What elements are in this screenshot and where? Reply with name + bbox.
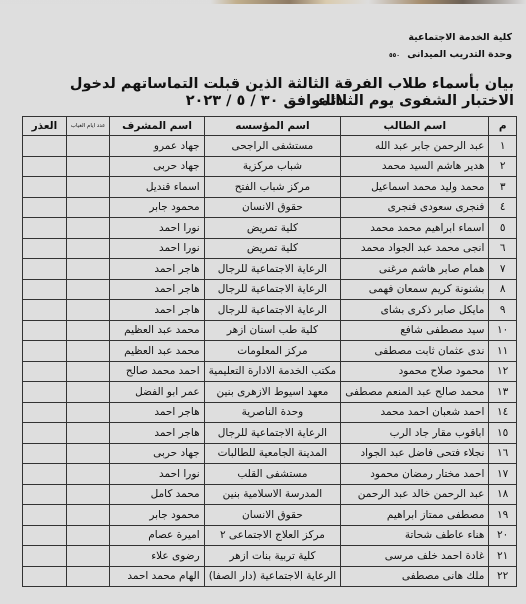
row-num: ١٦ xyxy=(489,443,517,464)
student-name: اباقوب مقار جاد الرب xyxy=(341,423,489,444)
table-row: ١٩مصطفى ممتاز ابراهيمحقوق الانسانمحمود ج… xyxy=(23,505,517,526)
student-name: مصطفى ممتاز ابراهيم xyxy=(341,505,489,526)
absence-days-cell xyxy=(66,361,110,382)
student-name: محمود صلاح محمود xyxy=(341,361,489,382)
absence-days-cell xyxy=(66,218,110,239)
excuse-cell xyxy=(23,238,67,259)
excuse-cell xyxy=(23,279,67,300)
table-row: ١٠سيد مصطفى شافعكلية طب اسنان ازهرمحمد ع… xyxy=(23,320,517,341)
institution-name: الرعاية الاجتماعية للرجال xyxy=(204,423,341,444)
supervisor-name: اميرة عصام xyxy=(110,525,204,546)
table-row: ١٦نجلاء فتحى فاضل عبد الجوادالمدينة الجا… xyxy=(23,443,517,464)
table-row: ١٧احمد مختار رمضان محمودمستشفى القلبنورا… xyxy=(23,464,517,485)
absence-days-cell xyxy=(66,402,110,423)
row-num: ٩ xyxy=(489,300,517,321)
student-name: سيد مصطفى شافع xyxy=(341,320,489,341)
col-num: م xyxy=(489,117,517,136)
supervisor-name: محمد كامل xyxy=(110,484,204,505)
student-name: ندى عثمان ثابت مصطفى xyxy=(341,341,489,362)
student-name: احمد شعبان احمد محمد xyxy=(341,402,489,423)
supervisor-name: اسماء قنديل xyxy=(110,177,204,198)
supervisor-name: محمود جابر xyxy=(110,197,204,218)
supervisor-name: جهاد حربى xyxy=(110,156,204,177)
unit-name: وحدة التدريب الميدانى ٥٥٠ xyxy=(389,49,512,60)
row-num: ٥ xyxy=(489,218,517,239)
table-row: ١٥اباقوب مقار جاد الربالرعاية الاجتماعية… xyxy=(23,423,517,444)
org-name: كلية الخدمة الاجتماعية xyxy=(408,32,512,43)
excuse-cell xyxy=(23,443,67,464)
supervisor-name: نورا احمد xyxy=(110,218,204,239)
table-row: ١٨عبد الرحمن خالد عبد الرحمنالمدرسة الاس… xyxy=(23,484,517,505)
col-absence-days: عدد ايام الغياب xyxy=(66,117,110,136)
student-name: غادة احمد خلف مرسى xyxy=(341,546,489,567)
excuse-cell xyxy=(23,464,67,485)
student-name: اسماء ابراهيم محمد محمد xyxy=(341,218,489,239)
student-name: احمد مختار رمضان محمود xyxy=(341,464,489,485)
table-row: ٧همام صابر هاشم مرغنىالرعاية الاجتماعية … xyxy=(23,259,517,280)
row-num: ٢٢ xyxy=(489,566,517,587)
supervisor-name: جهاد عمرو xyxy=(110,136,204,157)
supervisor-name: محمد عبد العظيم xyxy=(110,320,204,341)
supervisor-name: محمود جابر xyxy=(110,505,204,526)
table-row: ٩مايكل صابر ذكرى بشاىالرعاية الاجتماعية … xyxy=(23,300,517,321)
excuse-cell xyxy=(23,300,67,321)
row-num: ١٢ xyxy=(489,361,517,382)
row-num: ١٠ xyxy=(489,320,517,341)
institution-name: الرعاية الاجتماعية للرجال xyxy=(204,279,341,300)
student-name: عبد الرحمن جابر عبد الله xyxy=(341,136,489,157)
table-row: ٦انجى محمد عبد الجواد محمدكلية تمريضنورا… xyxy=(23,238,517,259)
table-row: ٢٢ملك هانى مصطفىالرعاية الاجتماعية (دار … xyxy=(23,566,517,587)
supervisor-name: رضوى علاء xyxy=(110,546,204,567)
student-name: هناء عاطف شحاتة xyxy=(341,525,489,546)
excuse-cell xyxy=(23,423,67,444)
institution-name: المدرسة الاسلامية بنين xyxy=(204,484,341,505)
absence-days-cell xyxy=(66,320,110,341)
student-name: ملك هانى مصطفى xyxy=(341,566,489,587)
row-num: ١٣ xyxy=(489,382,517,403)
row-num: ٧ xyxy=(489,259,517,280)
absence-days-cell xyxy=(66,238,110,259)
row-num: ١٧ xyxy=(489,464,517,485)
institution-name: مستشفى الراجحى xyxy=(204,136,341,157)
col-excuse: العذر xyxy=(23,117,67,136)
excuse-cell xyxy=(23,484,67,505)
institution-name: كلية تمريض xyxy=(204,218,341,239)
table-row: ٨بشنونة كريم سمعان فهمىالرعاية الاجتماعي… xyxy=(23,279,517,300)
row-num: ٢ xyxy=(489,156,517,177)
institution-name: مركز المعلومات xyxy=(204,341,341,362)
excuse-cell xyxy=(23,546,67,567)
excuse-cell xyxy=(23,402,67,423)
absence-days-cell xyxy=(66,197,110,218)
absence-days-cell xyxy=(66,279,110,300)
excuse-cell xyxy=(23,341,67,362)
supervisor-name: هاجر احمد xyxy=(110,300,204,321)
absence-days-cell xyxy=(66,443,110,464)
row-num: ٢٠ xyxy=(489,525,517,546)
student-name: بشنونة كريم سمعان فهمى xyxy=(341,279,489,300)
excuse-cell xyxy=(23,177,67,198)
absence-days-cell xyxy=(66,505,110,526)
col-student: اسم الطالب xyxy=(341,117,489,136)
row-num: ٣ xyxy=(489,177,517,198)
student-name: انجى محمد عبد الجواد محمد xyxy=(341,238,489,259)
unit-mark: ٥٥٠ xyxy=(389,52,400,59)
institution-name: حقوق الانسان xyxy=(204,505,341,526)
absence-days-cell xyxy=(66,464,110,485)
student-name: محمد صالح عبد المنعم مصطفى xyxy=(341,382,489,403)
absence-days-cell xyxy=(66,259,110,280)
institution-name: شباب مركزية xyxy=(204,156,341,177)
institution-name: معهد اسيوط الازهرى بنين xyxy=(204,382,341,403)
supervisor-name: هاجر احمد xyxy=(110,423,204,444)
excuse-cell xyxy=(23,566,67,587)
table-row: ١٣محمد صالح عبد المنعم مصطفىمعهد اسيوط ا… xyxy=(23,382,517,403)
institution-name: الرعاية الاجتماعية (دار الصفا) xyxy=(204,566,341,587)
supervisor-name: الهام محمد احمد xyxy=(110,566,204,587)
institution-name: كلية طب اسنان ازهر xyxy=(204,320,341,341)
col-supervisor: اسم المشرف xyxy=(110,117,204,136)
institution-name: الرعاية الاجتماعية للرجال xyxy=(204,300,341,321)
institution-name: المدينة الجامعية للطالبات xyxy=(204,443,341,464)
scan-top-edge xyxy=(0,0,526,4)
absence-days-cell xyxy=(66,423,110,444)
excuse-cell xyxy=(23,525,67,546)
row-num: ١٤ xyxy=(489,402,517,423)
student-name: همام صابر هاشم مرغنى xyxy=(341,259,489,280)
student-roster-table: م اسم الطالب اسم المؤسسه اسم المشرف عدد … xyxy=(22,116,517,587)
supervisor-name: عمر ابو الفضل xyxy=(110,382,204,403)
supervisor-name: نورا احمد xyxy=(110,238,204,259)
row-num: ١ xyxy=(489,136,517,157)
institution-name: مكتب الخدمة الادارة التعليمية xyxy=(204,361,341,382)
excuse-cell xyxy=(23,156,67,177)
table-row: ١عبد الرحمن جابر عبد اللهمستشفى الراجحىج… xyxy=(23,136,517,157)
student-name: فنجرى سعودى فنجرى xyxy=(341,197,489,218)
student-name: نجلاء فتحى فاضل عبد الجواد xyxy=(341,443,489,464)
row-num: ٢١ xyxy=(489,546,517,567)
excuse-cell xyxy=(23,197,67,218)
row-num: ١١ xyxy=(489,341,517,362)
absence-days-cell xyxy=(66,546,110,567)
excuse-cell xyxy=(23,136,67,157)
excuse-cell xyxy=(23,382,67,403)
institution-name: كلية تربية بنات ازهر xyxy=(204,546,341,567)
excuse-cell xyxy=(23,218,67,239)
institution-name: الرعاية الاجتماعية للرجال xyxy=(204,259,341,280)
institution-name: كلية تمريض xyxy=(204,238,341,259)
absence-days-cell xyxy=(66,382,110,403)
absence-days-cell xyxy=(66,156,110,177)
student-name: هدير هاشم السيد محمد xyxy=(341,156,489,177)
absence-days-cell xyxy=(66,525,110,546)
table-row: ٣محمد وليد محمد اسماعيلمركز شباب الفتحاس… xyxy=(23,177,517,198)
table-row: ٤فنجرى سعودى فنجرىحقوق الانسانمحمود جابر xyxy=(23,197,517,218)
unit-label: وحدة التدريب الميدانى xyxy=(407,49,512,60)
absence-days-cell xyxy=(66,136,110,157)
supervisor-name: جهاد حربى xyxy=(110,443,204,464)
excuse-cell xyxy=(23,505,67,526)
row-num: ١٨ xyxy=(489,484,517,505)
institution-name: مركز العلاج الاجتماعى ٢ xyxy=(204,525,341,546)
table-row: ١٢محمود صلاح محمودمكتب الخدمة الادارة ال… xyxy=(23,361,517,382)
student-name: محمد وليد محمد اسماعيل xyxy=(341,177,489,198)
supervisor-name: محمد عبد العظيم xyxy=(110,341,204,362)
table-row: ٢هدير هاشم السيد محمدشباب مركزيةجهاد حرب… xyxy=(23,156,517,177)
institution-name: وحدة الناصرية xyxy=(204,402,341,423)
row-num: ٨ xyxy=(489,279,517,300)
excuse-cell xyxy=(23,361,67,382)
row-num: ٦ xyxy=(489,238,517,259)
excuse-cell xyxy=(23,259,67,280)
institution-name: حقوق الانسان xyxy=(204,197,341,218)
supervisor-name: هاجر احمد xyxy=(110,259,204,280)
absence-days-cell xyxy=(66,177,110,198)
absence-days-cell xyxy=(66,341,110,362)
student-name: عبد الرحمن خالد عبد الرحمن xyxy=(341,484,489,505)
table-row: ٢٠هناء عاطف شحاتةمركز العلاج الاجتماعى ٢… xyxy=(23,525,517,546)
excuse-cell xyxy=(23,320,67,341)
table-row: ١١ندى عثمان ثابت مصطفىمركز المعلوماتمحمد… xyxy=(23,341,517,362)
supervisor-name: نورا احمد xyxy=(110,464,204,485)
supervisor-name: احمد محمد صالح xyxy=(110,361,204,382)
institution-name: مركز شباب الفتح xyxy=(204,177,341,198)
institution-name: مستشفى القلب xyxy=(204,464,341,485)
absence-days-cell xyxy=(66,300,110,321)
table-row: ١٤احمد شعبان احمد محمدوحدة الناصريةهاجر … xyxy=(23,402,517,423)
col-institution: اسم المؤسسه xyxy=(204,117,341,136)
table-row: ٥اسماء ابراهيم محمد محمدكلية تمريضنورا ا… xyxy=(23,218,517,239)
table-body: ١عبد الرحمن جابر عبد اللهمستشفى الراجحىج… xyxy=(23,136,517,587)
table-row: ٢١غادة احمد خلف مرسىكلية تربية بنات ازهر… xyxy=(23,546,517,567)
absence-days-cell xyxy=(66,566,110,587)
row-num: ١٥ xyxy=(489,423,517,444)
supervisor-name: هاجر احمد xyxy=(110,402,204,423)
row-num: ١٩ xyxy=(489,505,517,526)
row-num: ٤ xyxy=(489,197,517,218)
student-name: مايكل صابر ذكرى بشاى xyxy=(341,300,489,321)
document-date: الموافق ٣٠ / ٥ / ٢٠٢٣ xyxy=(0,93,526,109)
table-header-row: م اسم الطالب اسم المؤسسه اسم المشرف عدد … xyxy=(23,117,517,136)
absence-days-cell xyxy=(66,484,110,505)
supervisor-name: هاجر احمد xyxy=(110,279,204,300)
